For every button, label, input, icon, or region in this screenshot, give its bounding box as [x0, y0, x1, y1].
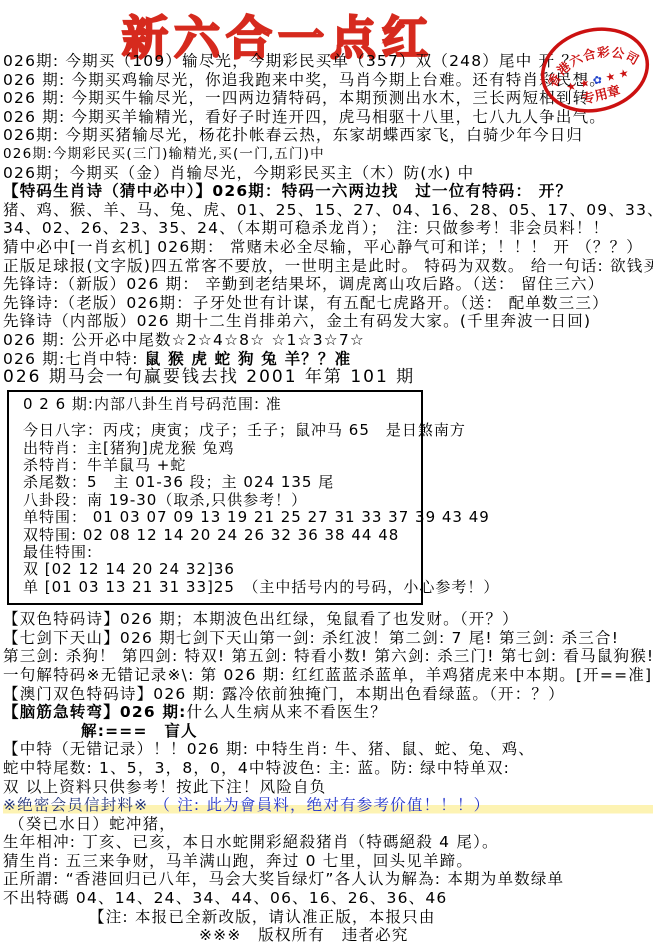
pioneer-poem-old: 先锋诗:（老版）026期：子牙处世有计谋，有五配七虎路开。（送： 配单数三三） [3, 294, 653, 313]
member-note-line: ※绝密会员信封料※ （ 注: 此为會員料，绝对有参考价值！！！） [3, 796, 653, 815]
zodiac-poem-row-2: 34、02、26、23、35、24、（本期可稳杀龙肖）； 注: 只做参考！非会员… [3, 219, 653, 238]
pioneer-poem-internal: 先锋诗（内部版）026 期十二生肖排弟六，金土有码发大家。(千里奔波一日回) [3, 312, 653, 331]
zhongte-row-1: 【中特（无错记录）！！026 期: 中特生肖: 牛、猪、鼠、蛇、兔、鸡、 [3, 740, 653, 759]
bagua-row-shaweishu: 杀尾数：5 主 01-36 段；主 024 135 尾 [23, 474, 421, 491]
bagua-row-bazi: 今日八字：丙戌；庚寅；戊子；壬子；鼠冲马 65 是日煞南方 [23, 422, 421, 439]
bagua-row-best-title: 最佳特围: [23, 544, 421, 561]
reprint-notice-line: 【注: 本报已全新改版，请认准正版，本报只由 [89, 908, 653, 927]
bagua-row-best-shuang: 双 [02 12 14 20 24 32]36 [23, 561, 421, 578]
zhongte-row-2: 蛇中特尾数: 1、5，3，8，0，4中特波色: 主: 蓝。防: 绿中特单双: [3, 759, 653, 778]
bagua-row-shatexiao: 杀特肖：牛羊鼠马 +蛇 [23, 457, 421, 474]
stamp-flower-icon: ✿ [591, 73, 603, 88]
seven-swords-line-1: 【七剑下天山】026 期七剑下天山第一剑: 杀红波！第二剑: 7 尾! 第三剑:… [3, 629, 653, 648]
cai-shengxiao-line: 猜生肖: 五三来争财，马羊满山跑，奔过 0 七里，回头见羊蹄。 [3, 852, 653, 871]
brain-teaser-question: 什么人生病从来不看医生？ [187, 703, 387, 721]
bagua-row-chutexiao: 出特肖：主[猪狗]虎龙猴 兔鸡 [23, 440, 421, 457]
stamp-stars-right: ★ ★ [604, 66, 630, 84]
bagua-row-dantewei: 单特围： 01 03 07 09 13 19 21 25 27 31 33 37… [23, 509, 421, 526]
bagua-box-title: 0 2 6 期:内部八卦生肖号码范围: 准 [23, 396, 421, 413]
guisi-line: （癸已水日）蛇冲猪， [9, 815, 653, 834]
tail-numbers-line: 026 期: 公开必中尾数☆2☆4☆8☆ ☆1☆3☆7☆ [3, 331, 653, 350]
sheet-content: 026期: 今期买（109）输尽光，今期彩民买单（357）双（248）尾中 开 … [0, 52, 653, 945]
two-color-poem-line: 【双色特码诗】026 期；本期波色出红绿，兔鼠看了也发财。（开？） [3, 610, 653, 629]
brain-teaser-answer: 解:=== 盲人 [81, 722, 653, 741]
seven-xiao-line: 026 期:七肖中特: 鼠 猴 虎 蛇 狗 兔 羊？？准 [3, 350, 653, 369]
seven-swords-line-2: 第三剑: 杀狗！ 第四剑: 特双! 第五剑: 特看小数! 第六剑: 杀三门! 第… [3, 647, 653, 666]
bagua-row-shuangtewei: 双特围: 02 08 12 14 20 24 26 32 36 38 44 48 [23, 527, 421, 544]
copyright-line: ※※※ 版权所有 违者必究 [199, 926, 653, 945]
football-paper-line: 正版足球报(文字版)四五常客不要放，一世明主是此时。 特码为双数。 给一句话: … [3, 257, 653, 276]
bagua-box: 0 2 6 期:内部八卦生肖号码范围: 准 今日八字：丙戌；庚寅；戊子；壬子；鼠… [7, 390, 423, 605]
shengnian-line: 生年相冲: 丁亥、已亥，本日水蛇開彩絕殺猪肖（特碼絕殺 4 尾）。 [3, 833, 653, 852]
buchu-tema-line: 不出特碼 04、14、24、34、44、06、16、26、36、46 [3, 889, 653, 908]
mahui-line: 026 期马会一句赢要钱去找 2001 年第 101 期 [3, 368, 653, 387]
brain-teaser-line: 【脑筋急转弯】026 期:什么人生病从来不看医生？ [3, 703, 653, 722]
seven-xiao-animals: 鼠 猴 虎 蛇 狗 兔 羊？？准 [145, 350, 352, 368]
brain-teaser-label: 【脑筋急转弯】026 期: [3, 703, 187, 721]
zhongte-row-3: 双 以上资料只供参考！按此下注！风险自负 [3, 778, 653, 797]
one-sentence-line: 一句解特码※无错记录※\: 第 026 期: 红红蓝蓝杀蓝单，羊鸡猪虎来中本期。… [3, 666, 653, 685]
tip-line-6: 026期:今期彩民买(三门)输精光,买(一门,五门)中 [3, 145, 653, 164]
tip-line-7: 026期；今期买（金）肖输尽光，今期彩民买主（木）防(水) 中 [3, 164, 653, 183]
pioneer-poem-new: 先锋诗:（新版）026 期： 辛勤到老结果坏，调虎离山攻后路。（送： 留住三六） [3, 275, 653, 294]
zodiac-poem-header: 【特码生肖诗（猜中必中）】026期：特码一六两边找 过一位有特码： 开？ [3, 182, 653, 201]
zodiac-poem-row-1: 猪、鸡、猴、羊、马、兔、虎、01、25、15、27、04、16、28、05、17… [3, 201, 653, 220]
bagua-row-baguaduan: 八卦段：南 19-30（取杀,只供参考！） [23, 492, 421, 509]
zhengsuowei-line: 正所謂: “香港回归已八年，马会大奖旨绿灯”各人认为解為: 本期为单数绿单 [3, 870, 653, 889]
member-note-prefix: ※绝密会员信封料※ [3, 796, 154, 814]
one-xiao-line: 猜中必中[一肖玄机] 026期： 常赌未必全尽输，平心静气可和详；！！！ 开 （… [3, 238, 653, 257]
bagua-row-best-dan: 单 [01 03 13 21 31 33]25 （主中括号内的号码，小心参考！） [23, 579, 421, 596]
member-note-text: （ 注: 此为會員料，绝对有参考价值！！！） [154, 796, 490, 814]
tip-line-5: 026期: 今期买猪输尽光，杨花扑帐春云热，东家胡蝶西家飞，白骑少年今日归 [3, 126, 653, 145]
seven-xiao-prefix: 026 期:七肖中特: [3, 350, 145, 368]
lottery-tip-sheet: 香港六合彩公司 ★ ★ ✿ ★ ★ 专用章 新六合一点红 026期: 今期买（1… [0, 0, 653, 949]
macau-poem-line: 【澳门双色特码诗】026 期: 露冷依前独掩门，本期出色看绿蓝。（开：？） [3, 685, 653, 704]
